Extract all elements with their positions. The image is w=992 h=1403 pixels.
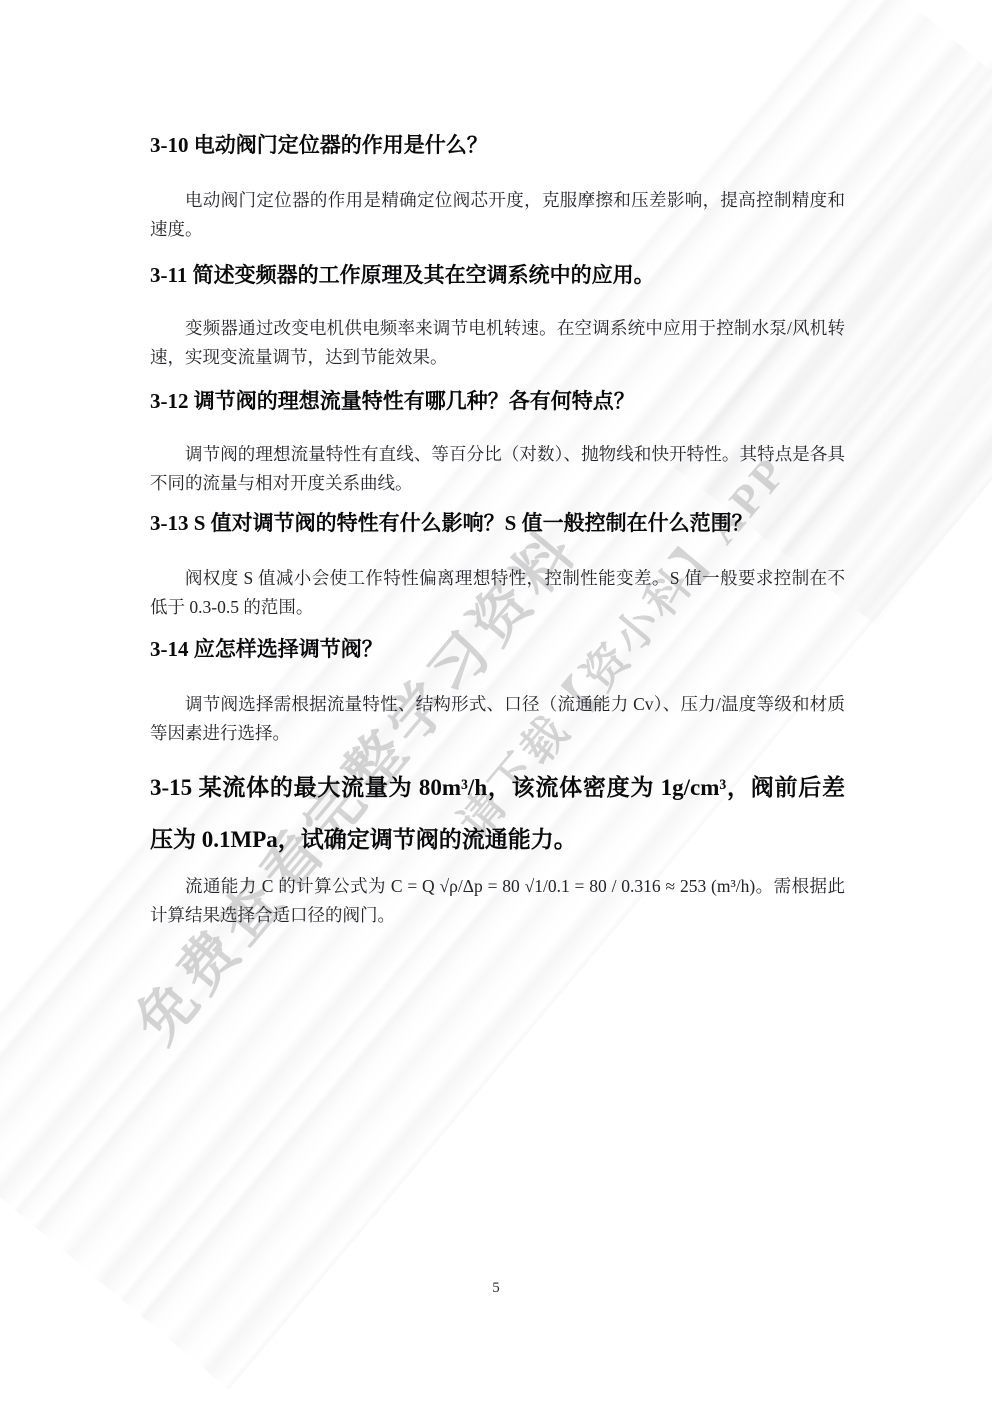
answer-paragraph-3-10: 电动阀门定位器的作用是精确定位阀芯开度，克服摩擦和压差影响，提高控制精度和速度。 [150,186,845,244]
answer-paragraph-3-12: 调节阀的理想流量特性有直线、等百分比（对数）、抛物线和快开特性。其特点是各具不同… [150,440,845,498]
question-heading-3-13: 3-13 S 值对调节阀的特性有什么影响？S 值一般控制在什么范围？ [150,510,845,538]
answer-paragraph-3-11: 变频器通过改变电机供电频率来调节电机转速。在空调系统中应用于控制水泵/风机转速，… [150,314,845,372]
answer-paragraph-3-15: 流通能力 C 的计算公式为 C = Q √ρ/Δp = 80 √1/0.1 = … [150,872,845,930]
document-page: 免费查看完整学习资料 请下载【资小科】APP 3-10 电动阀门定位器的作用是什… [0,0,992,1403]
qa-section-3-14: 3-14 应怎样选择调节阀？ 调节阀选择需根据流量特性、结构形式、口径（流通能力… [150,636,845,748]
question-heading-3-10: 3-10 电动阀门定位器的作用是什么？ [150,132,845,160]
question-heading-3-11: 3-11 简述变频器的工作原理及其在空调系统中的应用。 [150,262,845,290]
page-number: 5 [0,1280,992,1297]
question-heading-3-14: 3-14 应怎样选择调节阀？ [150,636,845,664]
answer-paragraph-3-14: 调节阀选择需根据流量特性、结构形式、口径（流通能力 Cv）、压力/温度等级和材质… [150,690,845,748]
qa-section-3-15: 3-15 某流体的最大流量为 80m³/h，该流体密度为 1g/cm³，阀前后差… [150,762,845,930]
qa-section-3-11: 3-11 简述变频器的工作原理及其在空调系统中的应用。 变频器通过改变电机供电频… [150,262,845,372]
document-content: 3-10 电动阀门定位器的作用是什么？ 电动阀门定位器的作用是精确定位阀芯开度，… [0,0,992,930]
qa-section-3-12: 3-12 调节阀的理想流量特性有哪几种？各有何特点？ 调节阀的理想流量特性有直线… [150,388,845,498]
qa-section-3-13: 3-13 S 值对调节阀的特性有什么影响？S 值一般控制在什么范围？ 阀权度 S… [150,510,845,622]
answer-paragraph-3-13: 阀权度 S 值减小会使工作特性偏离理想特性，控制性能变差。S 值一般要求控制在不… [150,564,845,622]
question-heading-3-12: 3-12 调节阀的理想流量特性有哪几种？各有何特点？ [150,388,845,416]
qa-section-3-10: 3-10 电动阀门定位器的作用是什么？ 电动阀门定位器的作用是精确定位阀芯开度，… [150,132,845,244]
question-heading-3-15: 3-15 某流体的最大流量为 80m³/h，该流体密度为 1g/cm³，阀前后差… [150,762,845,866]
